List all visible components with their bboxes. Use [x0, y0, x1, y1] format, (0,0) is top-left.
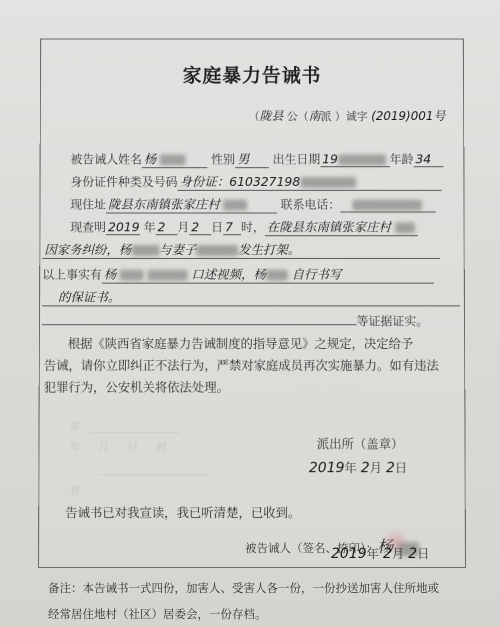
id-field: 身份证：610327198 [178, 172, 442, 191]
body-paragraph-line-1: 根据《陕西省家庭暴力告诫制度的指导意见》之规定，决定给予 [68, 333, 414, 355]
found-year: 2019 [108, 219, 140, 234]
incident-text-a: 因家务纠纷，杨 [44, 242, 131, 257]
ack-date-day: 2 [408, 546, 417, 562]
found-day-field: 2 [189, 219, 211, 235]
station-handwritten: 南 [309, 109, 321, 123]
age-label: 年龄 [390, 152, 414, 166]
phone-label: 联系电话： [281, 198, 341, 212]
show-through-text: 年 [69, 418, 80, 434]
month-unit: 月 [177, 220, 189, 234]
issuer-day-unit: 日 [395, 460, 407, 475]
redaction-location [395, 222, 415, 233]
doc-serial-handwritten: 001号 [411, 109, 446, 123]
show-through-line [89, 432, 179, 433]
ack-date-year: 2019 [331, 546, 367, 562]
ack-day-unit: 日 [417, 546, 429, 561]
ack-month-unit: 月 [392, 546, 404, 561]
id-label: 身份证件种类及号码 [70, 175, 177, 189]
redaction-evidence-3 [266, 270, 288, 281]
age-field: 34 [413, 151, 443, 167]
warning-form: 家庭暴力告诫书 （陇县 公（南派 ）诚字 (2019)001号 被告诫人姓名杨 … [38, 39, 466, 568]
redaction-evidence-2 [148, 270, 188, 281]
issuer-year-unit: 年 [344, 460, 356, 475]
note-line-2: 经常居住地村（社区）居委会，一份存档。 [48, 606, 267, 622]
redaction-person [131, 245, 159, 256]
found-month: 2 [157, 219, 165, 234]
redaction-address [224, 200, 248, 211]
address-field: 陇县东南镇张家庄村 [106, 195, 277, 214]
ack-date-month: 2 [383, 546, 392, 562]
birth-label: 出生日期 [273, 152, 321, 166]
show-through-text: 年 月 日 时 [69, 438, 167, 454]
found-label: 现查明 [70, 220, 106, 234]
evidence-label: 以上事实有 [42, 268, 102, 282]
day-unit: 日 [211, 220, 223, 234]
row-incident-2: 因家务纠纷，杨与妻子发生打架。 [42, 240, 440, 259]
paren: （ [249, 110, 260, 123]
row-address: 现住址陇县东南镇张家庄村 联系电话： [70, 195, 435, 214]
body-paragraph-line-2: 告诫，请你立即纠正不法行为，严禁对家庭成员再次实施暴力。如有违法 [44, 355, 439, 377]
issuer-month-unit: 月 [370, 460, 382, 475]
note-line-1: 备注：本告诫书一式四份，加害人、受害人各一份，一份抄送加害人住所地或 [48, 580, 439, 596]
incident-text-b: 与妻子 [159, 242, 196, 257]
incident-continuation-field: 因家务纠纷，杨与妻子发生打架。 [42, 240, 440, 259]
issuer-label: 派出所（盖章） [317, 434, 404, 452]
id-value: 身份证：610327198 [180, 174, 301, 189]
gender-value: 男 [237, 151, 249, 166]
found-month-field: 2 [155, 219, 177, 235]
incident-text-c: 发生打架。 [238, 242, 300, 257]
row-evidence: 以上事实有 杨 口述视频，杨 自行书写 [42, 265, 434, 284]
acknowledgement-text: 告诫书已对我宣读，我已听清楚，已收到。 [65, 502, 300, 524]
year-unit: 年 [144, 220, 156, 234]
evidence-text-a: 杨 [104, 267, 116, 282]
issuer-date-year: 2019 [309, 460, 345, 476]
hour-unit: 时， [241, 220, 265, 234]
found-year-field: 2019 [106, 219, 140, 235]
row-id: 身份证件种类及号码身份证：610327198 [70, 172, 441, 191]
birth-value: 19 [322, 151, 338, 166]
evidence-line2: 的保证书。 [58, 290, 120, 305]
evidence-blank-field [42, 310, 357, 325]
evidence-text-c: 自行书写 [292, 267, 342, 282]
redaction-phone [352, 200, 422, 211]
show-through-line [99, 474, 209, 475]
row-evidence-3: 等证据证实。 [42, 310, 428, 329]
row-evidence-2: 的保证书。 [42, 288, 460, 307]
evidence-field: 杨 口述视频，杨 自行书写 [102, 265, 434, 284]
issuer-date-month: 2 [361, 460, 370, 476]
issuer-date-day: 2 [386, 460, 395, 476]
row-personal-info: 被告诫人姓名杨 性别男 出生日期19年龄34 [70, 149, 443, 168]
county-handwritten: 陇县 [260, 109, 284, 123]
found-hour-field: 7 [223, 219, 241, 235]
redaction-spouse [196, 245, 238, 256]
found-location: 在陇县东南镇张家庄村 [267, 219, 391, 234]
evidence-suffix: 等证据证实。 [356, 314, 428, 328]
birth-field: 19 [320, 151, 389, 167]
redaction-evidence-1 [120, 270, 144, 281]
gender-label: 性别 [211, 152, 235, 166]
pai-label: 派 ）诚字 [321, 110, 368, 123]
name-value: 杨 [144, 151, 156, 166]
found-hour: 7 [225, 219, 233, 234]
acknowledgement-date: 2019年 2月 2日 [331, 544, 430, 562]
doc-year-handwritten: (2019) [371, 109, 411, 123]
gong-label: 公（ [287, 110, 309, 123]
found-location-field: 在陇县东南镇张家庄村 [265, 217, 418, 236]
show-through-text: 有 [69, 482, 80, 498]
phone-field [340, 198, 435, 213]
name-field: 杨 [142, 149, 208, 168]
redaction-id [300, 177, 356, 188]
age-value: 34 [415, 151, 431, 166]
gender-field: 男 [235, 149, 269, 168]
address-label: 现住址 [70, 198, 106, 212]
issuer-date: 2019年 2月 2日 [309, 458, 407, 476]
ack-year-unit: 年 [367, 546, 379, 561]
found-day: 2 [191, 219, 199, 234]
row-incident: 现查明2019 年2月2日7时，在陇县东南镇张家庄村 [70, 217, 418, 236]
evidence-text-b: 口述视频，杨 [191, 267, 266, 282]
document-number: （陇县 公（南派 ）诚字 (2019)001号 [249, 107, 446, 124]
name-label: 被告诫人姓名 [70, 152, 141, 166]
redaction-name [160, 154, 186, 165]
document-title: 家庭暴力告诫书 [41, 61, 463, 87]
evidence-continuation-field: 的保证书。 [42, 288, 460, 307]
body-paragraph-line-3: 犯罪行为，公安机关将依法处理。 [44, 377, 229, 399]
address-value: 陇县东南镇张家庄村 [108, 197, 220, 212]
redaction-birth [338, 154, 386, 165]
